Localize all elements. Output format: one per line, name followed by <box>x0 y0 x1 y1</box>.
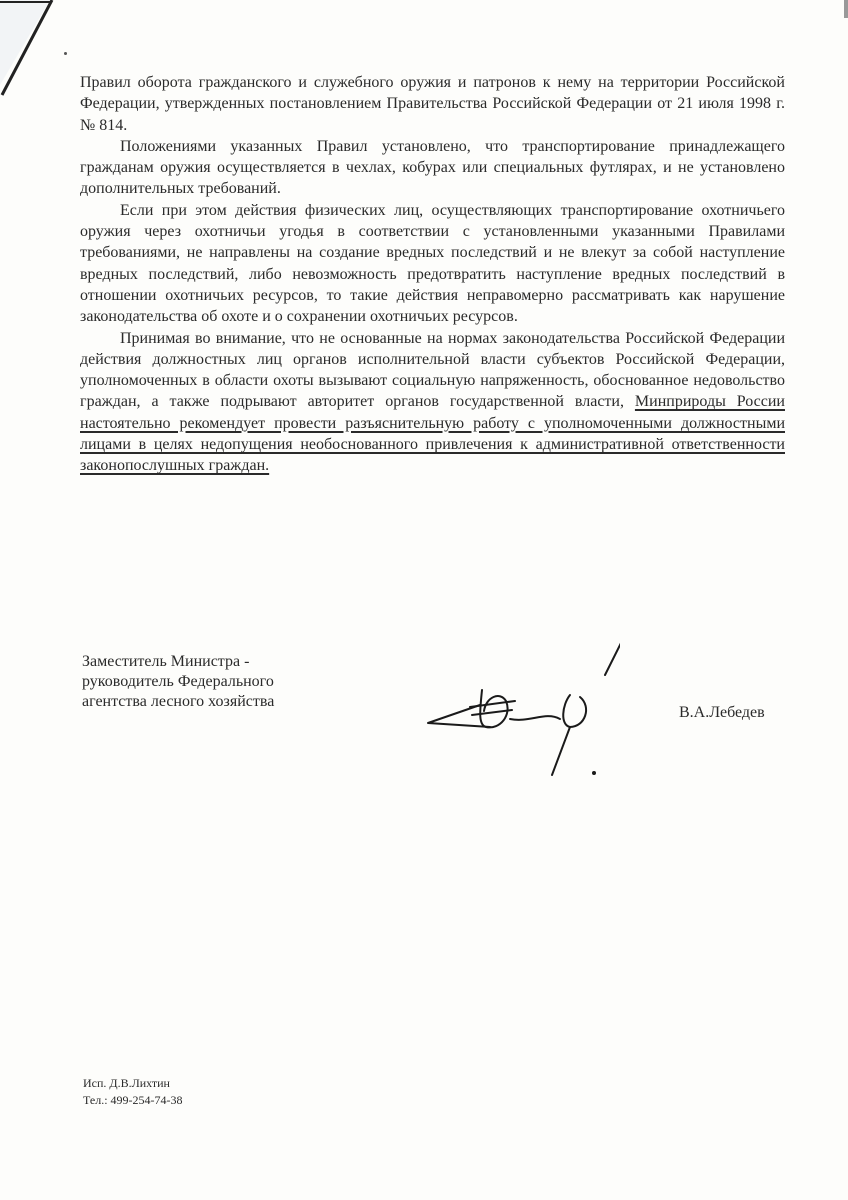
signatory-name: В.А.Лебедев <box>679 704 765 722</box>
handwritten-signature <box>420 615 620 785</box>
paragraph-3: Если при этом действия физических лиц, о… <box>80 200 785 328</box>
executor-name: Исп. Д.В.Лихтин <box>83 1075 183 1092</box>
paragraph-2: Положениями указанных Правил установлено… <box>80 136 785 200</box>
letter-body: Правил оборота гражданского и служебного… <box>80 72 785 477</box>
signatory-title-line: руководитель Федерального <box>82 672 274 692</box>
paragraph-4: Принимая во внимание, что не основанные … <box>80 328 785 477</box>
edge-mark <box>844 0 848 18</box>
signatory-title: Заместитель Министра - руководитель Феде… <box>82 652 274 712</box>
scan-speck <box>64 52 67 55</box>
paragraph-1: Правил оборота гражданского и служебного… <box>80 72 785 136</box>
signatory-title-line: агентства лесного хозяйства <box>82 692 274 712</box>
corner-fold-mark <box>0 0 70 100</box>
executor-footer: Исп. Д.В.Лихтин Тел.: 499-254-74-38 <box>83 1075 183 1109</box>
signatory-title-line: Заместитель Министра - <box>82 652 274 672</box>
executor-phone: Тел.: 499-254-74-38 <box>83 1092 183 1109</box>
